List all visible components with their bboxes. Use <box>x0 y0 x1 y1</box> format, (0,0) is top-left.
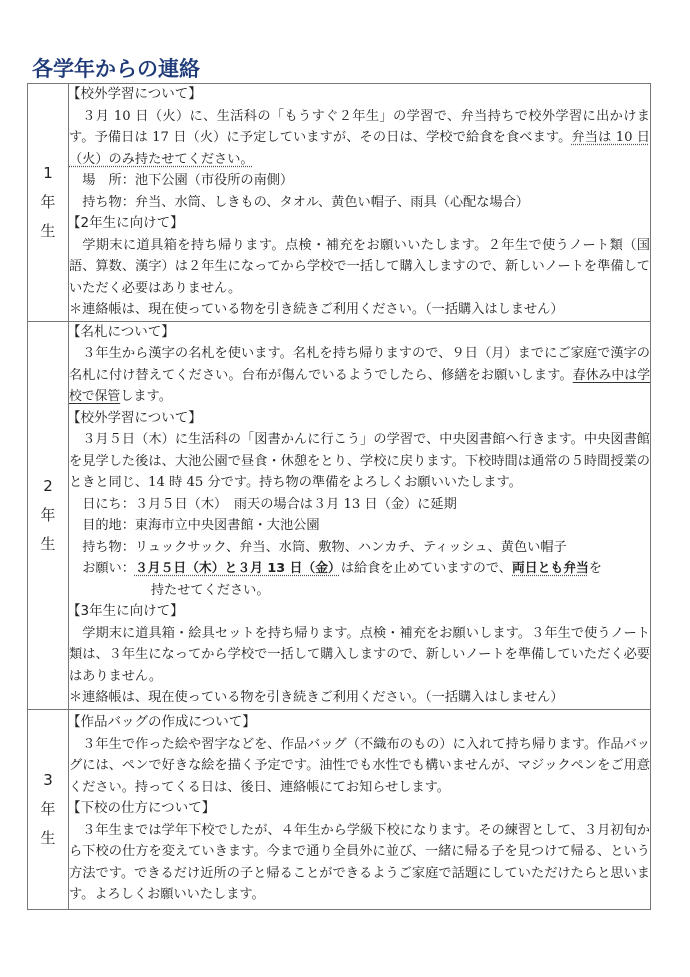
request-continuation: 持たせてください。 <box>69 580 650 602</box>
grade-notices-table: 1 年 生 【校外学習について】 ３月 10 日（火）に、生活科の「もうすぐ２年… <box>27 83 651 910</box>
grade-label-cell: 2 年 生 <box>28 321 69 709</box>
request-line: お願い：３月５日（木）と３月 13 日（金）は給食を止めていますので、両日とも弁… <box>69 558 650 580</box>
grade-row-2: 2 年 生 【名札について】 ３年生から漢字の名札を使います。名札を持ち帰ります… <box>28 321 651 709</box>
page-title: 各学年からの連絡 <box>32 56 200 82</box>
items-line: 持ち物：リュックサック、弁当、水筒、敷物、ハンカチ、ティッシュ、黄色い帽子 <box>69 537 650 559</box>
underlined-dates: ３月５日（木）と３月 13 日（金） <box>135 561 341 576</box>
underlined-bento: 両日とも弁当 <box>512 561 589 576</box>
section-heading: 【校外学習について】 <box>67 84 650 106</box>
note-line: ＊連絡帳は、現在使っている物を引き続きご利用ください。（一括購入はしません） <box>69 687 650 709</box>
section-paragraph: ３月５日（木）に生活科の「図書かんに行こう」の学習で、中央図書館へ行きます。中央… <box>69 429 650 494</box>
items-line: 持ち物：弁当、水筒、しきもの、タオル、黄色い帽子、雨具（心配な場合） <box>69 192 650 214</box>
section-heading: 【2年生に向けて】 <box>67 213 650 235</box>
section-paragraph: ３年生から漢字の名札を使います。名札を持ち帰りますので、９日（月）までにご家庭で… <box>69 343 650 408</box>
grade-label-2: 2 年 生 <box>28 472 68 559</box>
section-heading: 【3年生に向けて】 <box>67 601 650 623</box>
grade-content-cell: 【校外学習について】 ３月 10 日（火）に、生活科の「もうすぐ２年生」の学習で… <box>69 84 651 322</box>
section-paragraph: 学期末に道具箱・絵具セットを持ち帰ります。点検・補充をお願いします。３年生で使う… <box>69 623 650 688</box>
place-line: 場 所：池下公園（市役所の南側） <box>69 170 650 192</box>
grade-label-1: 1 年 生 <box>28 159 68 246</box>
section-paragraph: 学期末に道具箱を持ち帰ります。点検・補充をお願いいたします。２年生で使うノート類… <box>69 235 650 300</box>
section-paragraph: ３月 10 日（火）に、生活科の「もうすぐ２年生」の学習で、弁当持ちで校外学習に… <box>69 106 650 171</box>
grade-label-cell: 1 年 生 <box>28 84 69 322</box>
section-heading: 【作品バッグの作成について】 <box>67 712 650 734</box>
grade-row-1: 1 年 生 【校外学習について】 ３月 10 日（火）に、生活科の「もうすぐ２年… <box>28 84 651 322</box>
section-paragraph: ３年生までは学年下校でしたが、４年生から学級下校になります。その練習として、３月… <box>69 820 650 906</box>
grade-content-cell: 【名札について】 ３年生から漢字の名札を使います。名札を持ち帰りますので、９日（… <box>69 321 651 709</box>
destination-line: 目的地：東海市立中央図書館・大池公園 <box>69 515 650 537</box>
section-paragraph: ３年生で作った絵や習字などを、作品バッグ（不織布のもの）に入れて持ち帰ります。作… <box>69 734 650 799</box>
grade-row-3: 3 年 生 【作品バッグの作成について】 ３年生で作った絵や習字などを、作品バッ… <box>28 709 651 909</box>
grade-label-cell: 3 年 生 <box>28 709 69 909</box>
section-heading: 【下校の仕方について】 <box>67 798 650 820</box>
date-line: 日にち：３月５日（木） 雨天の場合は３月 13 日（金）に延期 <box>69 494 650 516</box>
grade-label-3: 3 年 生 <box>28 766 68 853</box>
section-heading: 【名札について】 <box>67 322 650 344</box>
section-heading: 【校外学習について】 <box>67 408 650 430</box>
grade-content-cell: 【作品バッグの作成について】 ３年生で作った絵や習字などを、作品バッグ（不織布の… <box>69 709 651 909</box>
note-line: ＊連絡帳は、現在使っている物を引き続きご利用ください。（一括購入はしません） <box>69 299 650 321</box>
